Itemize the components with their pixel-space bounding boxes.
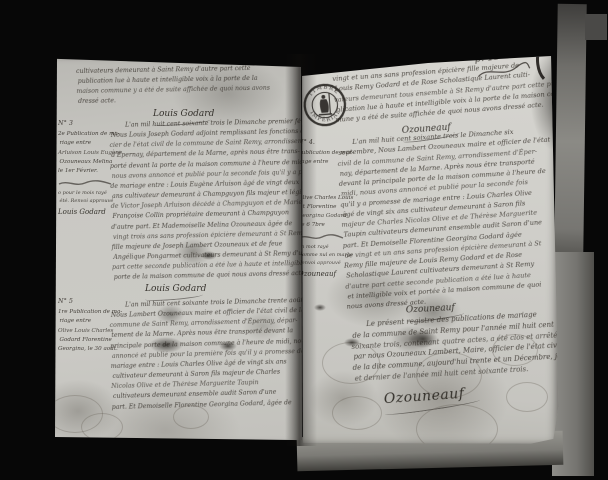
act-text-block: L'an mil huit cent soixante trois le Dim…	[336, 125, 559, 312]
stain-ring	[492, 334, 538, 366]
handwritten-line: et Florentine	[300, 203, 346, 212]
handwritten-line: été. Renvoi approuvé	[60, 198, 118, 206]
right-page: p. 13 TIMBRE IMPÉRIAL	[296, 52, 560, 446]
ink-blot	[201, 251, 217, 260]
book-fore-edge-top	[554, 4, 586, 254]
signature-text: Louis Godard	[58, 208, 116, 217]
act-continuation-text: cultivateurs demeurant à Saint Remy d'au…	[76, 63, 303, 108]
ink-blot	[314, 304, 326, 311]
signature-text: Ozouneauf	[298, 270, 344, 279]
ink-blot	[219, 341, 237, 351]
handwritten-line: Georgina, le 30 août.	[58, 345, 116, 354]
margin-note-lines: 1re Publication de ma-riage entreOlive L…	[58, 308, 116, 354]
margin-annotation: un mot rayécomme nul en margeRenvoi appr…	[298, 244, 344, 267]
handwritten-line: Godard Florentine	[60, 336, 118, 345]
ink-blot	[149, 337, 183, 353]
handwritten-line: Olive Charles Louis	[298, 194, 344, 203]
handwritten-line: Arluison Louis Eugène	[58, 149, 116, 158]
margin-note: N° 5 1re Publication de ma-riage entreOl…	[58, 297, 116, 354]
act-number: N° 3	[58, 119, 116, 128]
act-text-block: L'an mil huit cent soixante trois le Dim…	[109, 296, 306, 413]
handwritten-line: Ozouneaux Melina	[60, 158, 118, 167]
stain-ring	[322, 342, 380, 384]
ink-blot	[344, 338, 360, 347]
stain-ring	[173, 405, 209, 429]
handwritten-line: Renvoi approuvé	[298, 260, 344, 268]
handwritten-line: un mot rayé	[298, 244, 344, 252]
signature: Louis Godard	[145, 284, 206, 300]
register-photo: cultivateurs demeurant à Saint Remy d'au…	[0, 0, 608, 480]
handwritten-line: le 6 7bre	[300, 221, 346, 230]
handwritten-line: le 1er Février.	[58, 167, 116, 176]
stain-ring	[81, 413, 123, 441]
ink-blot	[408, 330, 438, 348]
handwritten-line: Georgina Godard	[298, 212, 344, 221]
handwritten-line: Olive Louis Charles	[58, 327, 116, 336]
handwritten-line: 1re Publication de ma-	[58, 308, 116, 317]
act-continuation-text: vingt et un ans sans profession épicière…	[332, 58, 549, 125]
margin-note: N° 3 2e Publication de ma-riage entreArl…	[58, 119, 116, 217]
handwritten-line: comme nul en marge	[300, 252, 346, 260]
margin-note-lines: 2e Publication de ma-riage entreArluison…	[58, 130, 116, 176]
divider-squiggle	[298, 233, 344, 241]
handwritten-line: 2e Publication de ma-	[58, 130, 116, 139]
margin-annotation: o pour le mois rayéété. Renvoi approuvé	[58, 190, 116, 206]
handwritten-line: o pour le mois rayé	[58, 190, 116, 198]
stain-ring	[506, 382, 548, 412]
act-number: N° 5	[58, 297, 116, 306]
left-page: cultivateurs demeurant à Saint Remy d'au…	[53, 55, 303, 442]
stain-ring	[416, 352, 482, 398]
margin-gap	[298, 168, 344, 194]
margin-note-names: Olive Charles Louiset FlorentineGeorgina…	[298, 194, 344, 231]
stain-ring	[332, 396, 382, 430]
divider-squiggle	[58, 179, 112, 187]
book-fore-edge-nub	[585, 14, 607, 40]
